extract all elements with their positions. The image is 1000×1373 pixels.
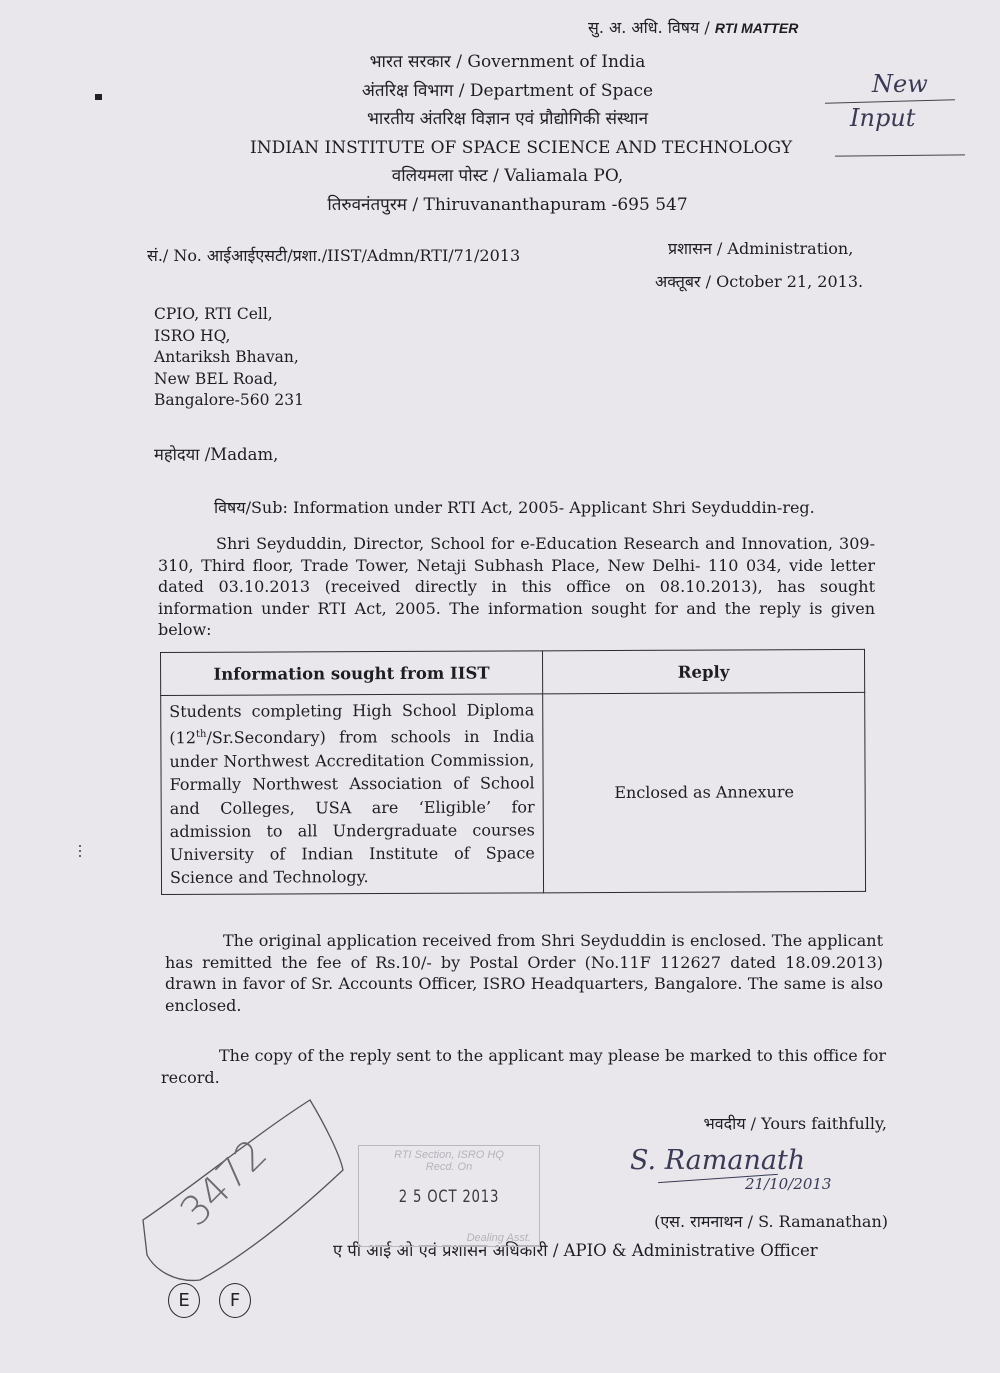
handwritten-note: New Input bbox=[820, 70, 970, 170]
salutation: महोदया /Madam, bbox=[154, 442, 278, 465]
sought-text: /Sr.Secondary) from schools in India und… bbox=[169, 727, 534, 887]
reference-department: प्रशासन / Administration, bbox=[668, 237, 853, 259]
letterhead-city: तिरुवनंतपुरम / Thiruvananthapuram -695 5… bbox=[250, 191, 765, 220]
signatory-name: (एस. रामनाथन / S. Ramanathan) bbox=[654, 1210, 888, 1232]
letterhead-post: वलियमला पोस्ट / Valiamala PO, bbox=[250, 162, 765, 191]
signature-date: 21/10/2013 bbox=[745, 1175, 831, 1193]
body-paragraph-2: The original application received from S… bbox=[165, 930, 883, 1016]
letterhead-institute-hindi: भारतीय अंतरिक्ष विज्ञान एवं प्रौद्योगिकी… bbox=[250, 105, 765, 134]
column-header-sought: Information sought from IIST bbox=[161, 651, 543, 696]
circled-mark-f: F bbox=[219, 1283, 251, 1318]
reference-number: सं./ No. आईआईएसटी/प्रशा./IIST/Admn/RTI/7… bbox=[147, 244, 520, 266]
address-line: CPIO, RTI Cell, bbox=[154, 304, 304, 326]
letterhead: भारत सरकार / Government of India अंतरिक्… bbox=[250, 48, 765, 219]
rti-matter-hindi: सु. अ. अधि. विषय / bbox=[588, 18, 715, 37]
stamp-office: RTI Section, ISRO HQ bbox=[359, 1149, 539, 1161]
recipient-address: CPIO, RTI Cell, ISRO HQ, Antariksh Bhava… bbox=[154, 304, 304, 412]
letter-date: अक्तूबर / October 21, 2013. bbox=[655, 270, 863, 292]
stamp-footer: Dealing Asst. bbox=[467, 1232, 531, 1244]
handwritten-rule bbox=[835, 154, 965, 156]
letterhead-department: अंतरिक्ष विभाग / Department of Space bbox=[250, 77, 765, 106]
body-paragraph-1: Shri Seyduddin, Director, School for e-E… bbox=[158, 533, 875, 641]
handwritten-note-line2: Input bbox=[850, 104, 915, 132]
diary-number-mark: 3472 bbox=[135, 1095, 355, 1285]
margin-dots bbox=[79, 845, 81, 859]
circled-mark-e: E bbox=[168, 1283, 200, 1318]
sought-superscript: th bbox=[196, 729, 207, 740]
table-header-row: Information sought from IIST Reply bbox=[161, 649, 865, 695]
address-line: New BEL Road, bbox=[154, 369, 304, 391]
handwritten-signature: S. Ramanath 21/10/2013 bbox=[630, 1145, 805, 1176]
handwritten-note-line1: New bbox=[872, 70, 928, 98]
received-stamp: RTI Section, ISRO HQ Recd. On 2 5 OCT 20… bbox=[358, 1145, 540, 1247]
address-line: Antariksh Bhavan, bbox=[154, 347, 304, 369]
address-line: Bangalore-560 231 bbox=[154, 390, 304, 412]
signature-scrawl: S. Ramanath bbox=[630, 1145, 805, 1176]
closing: भवदीय / Yours faithfully, bbox=[704, 1112, 887, 1134]
stamp-date: 2 5 OCT 2013 bbox=[379, 1187, 519, 1207]
letterhead-institute-english: INDIAN INSTITUTE OF SPACE SCIENCE AND TE… bbox=[250, 134, 765, 163]
information-table: Information sought from IIST Reply Stude… bbox=[160, 649, 866, 895]
cell-reply: Enclosed as Annexure bbox=[543, 692, 866, 892]
subject-line: विषय/Sub: Information under RTI Act, 200… bbox=[214, 496, 815, 518]
stamp-header: RTI Section, ISRO HQ Recd. On bbox=[359, 1149, 539, 1173]
rti-matter-label: सु. अ. अधि. विषय / RTI MATTER bbox=[588, 16, 798, 38]
column-header-reply: Reply bbox=[542, 649, 864, 693]
body-paragraph-3: The copy of the reply sent to the applic… bbox=[161, 1045, 886, 1088]
punch-mark bbox=[95, 94, 102, 100]
stamp-recd: Recd. On bbox=[359, 1161, 539, 1173]
table-row: Students completing High School Diploma … bbox=[161, 692, 866, 894]
letterhead-government: भारत सरकार / Government of India bbox=[250, 48, 765, 77]
cell-information-sought: Students completing High School Diploma … bbox=[161, 694, 544, 894]
address-line: ISRO HQ, bbox=[154, 326, 304, 348]
rti-matter-english: RTI MATTER bbox=[715, 20, 798, 36]
